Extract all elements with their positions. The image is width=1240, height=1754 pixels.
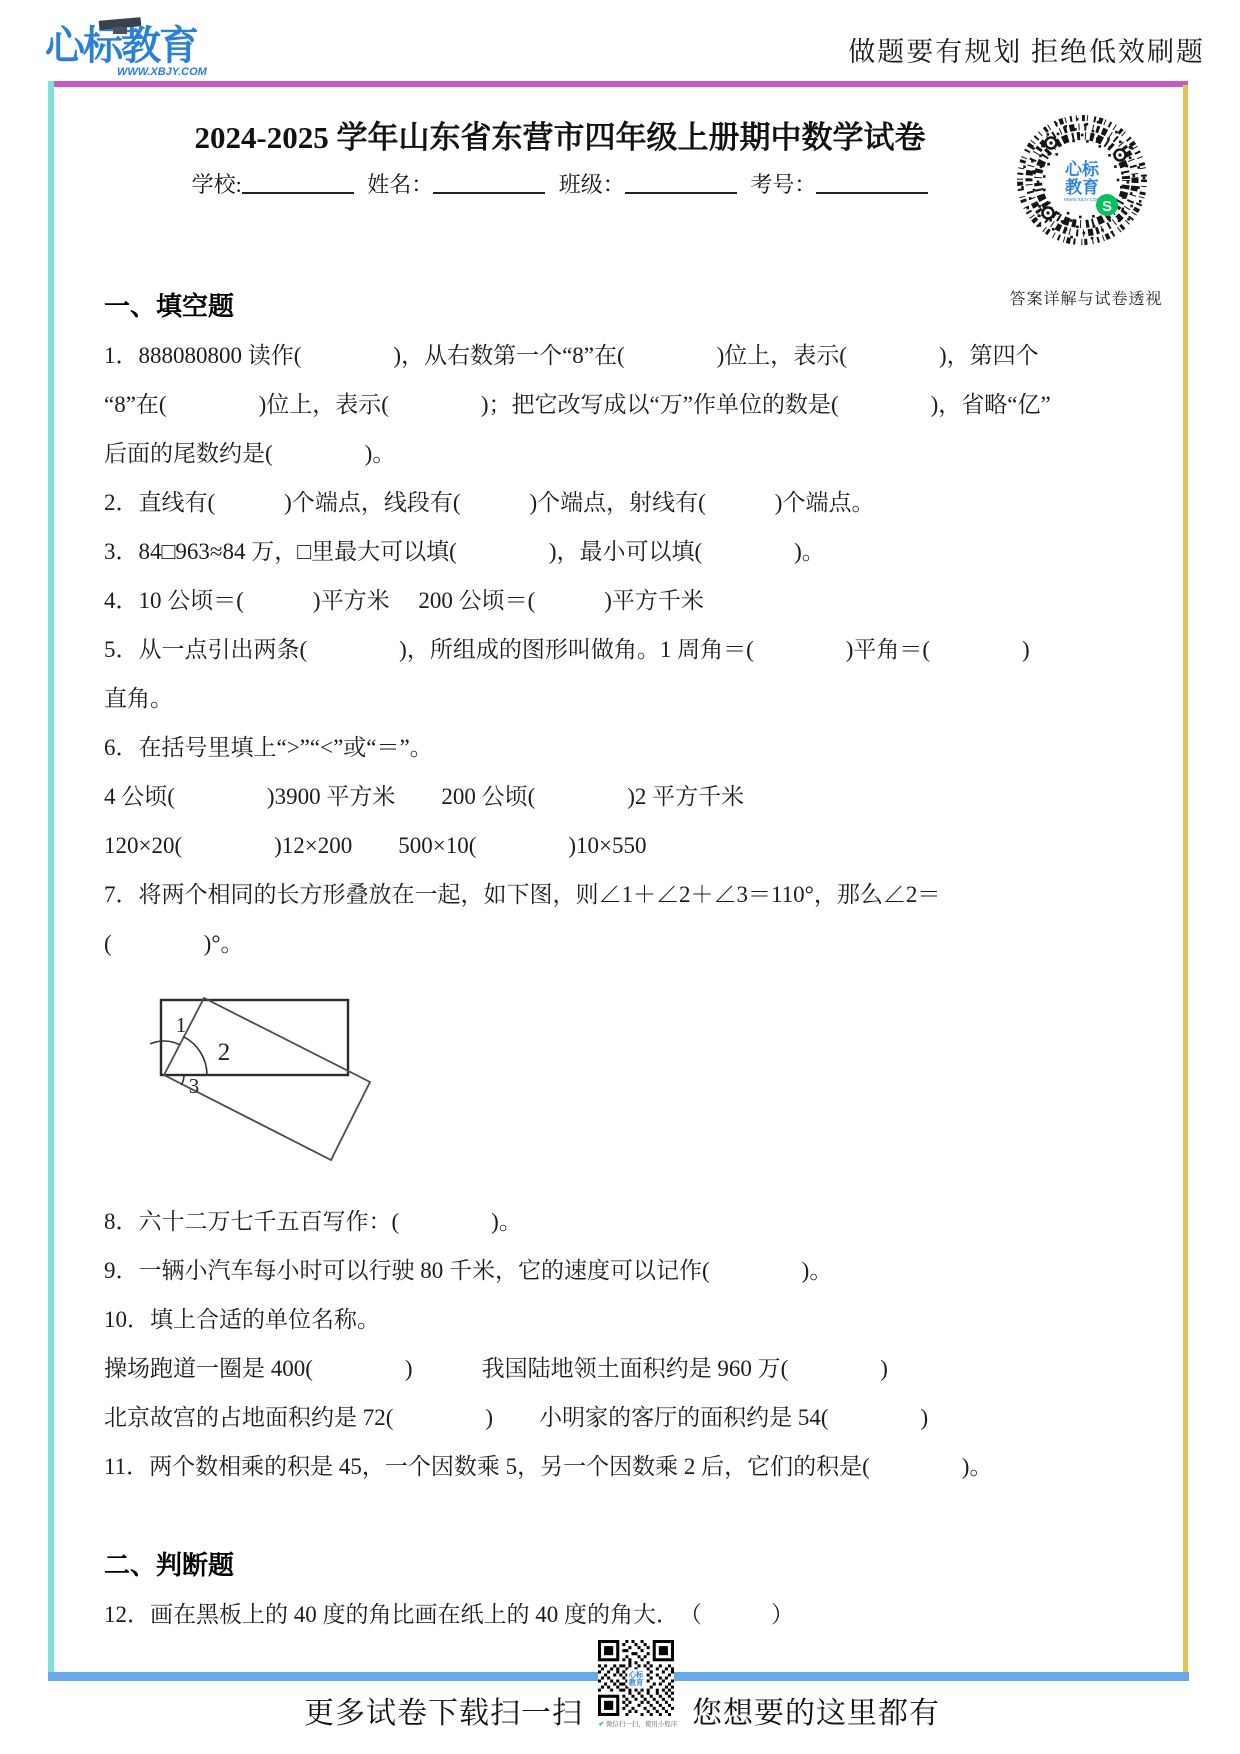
frame-border-top xyxy=(48,81,1188,87)
overlapping-rectangles-diagram: 1 2 3 xyxy=(144,974,524,1179)
student-info-line: 学校: 姓名： 班级： 考号： xyxy=(90,168,1030,199)
question-line: 4．10 公顷＝( )平方米 200 公顷＝( )平方千米 xyxy=(104,576,1164,625)
question7-figure: 1 2 3 xyxy=(144,974,524,1181)
question-line: 12．画在黑板上的 40 度的角比画在纸上的 40 度的角大． （ ） xyxy=(104,1590,1164,1639)
question-line: 10．填上合适的单位名称。 xyxy=(104,1295,1164,1344)
question-line: 120×20( )12×200 500×10( )10×550 xyxy=(104,821,1164,870)
section-heading: 二、判断题 xyxy=(104,1541,1164,1590)
qr-logo-line1: 心标 xyxy=(1065,159,1100,179)
question-line: 8．六十二万七千五百写作：( )。 xyxy=(104,1197,1164,1246)
question-line: 后面的尾数约是( )。 xyxy=(104,429,1164,478)
question-line: 5．从一点引出两条( )，所组成的图形叫做角。1 周角＝( )平角＝( ) xyxy=(104,625,1164,674)
graduation-cap-icon xyxy=(99,16,143,34)
question-line: 操场跑道一圈是 400( ) 我国陆地领土面积约是 960 万( ) xyxy=(104,1344,1164,1393)
footer-qr-note: ✔ 微信扫一扫，使用小程序 xyxy=(590,1719,686,1728)
qr-logo-url: WWW.XBJY.COM xyxy=(1064,197,1100,202)
exam-body: 一、填空题1．888080800 读作( )，从右数第一个“8”在( )位上，表… xyxy=(104,282,1164,1639)
graduation-cap-base xyxy=(113,27,127,34)
brand-logo-url: WWW.XBJY.COM xyxy=(117,66,207,78)
question-line: 3．84□963≈84 万，□里最大可以填( )，最小可以填( )。 xyxy=(104,527,1164,576)
frame-border-left xyxy=(48,81,54,1676)
question-line: 2．直线有( )个端点，线段有( )个端点，射线有( )个端点。 xyxy=(104,478,1164,527)
info-field-blank xyxy=(816,174,928,194)
info-field-label: 考号： xyxy=(750,172,816,197)
footer-qr-logo-line2: 教育 xyxy=(628,1678,644,1687)
info-field-label: 班级： xyxy=(559,172,625,197)
footer-qr-note-text: 微信扫一扫，使用小程序 xyxy=(606,1721,678,1728)
square-qr-icon: 心标 教育 xyxy=(598,1640,674,1716)
sunburst-qr-icon: 心标 教育 WWW.XBJY.COM S xyxy=(1014,112,1150,248)
info-field: 班级： xyxy=(559,172,737,197)
brand-logo: 心标教育 WWW.XBJY.COM xyxy=(45,18,245,80)
qr-logo-line2: 教育 xyxy=(1065,177,1099,197)
info-field-blank xyxy=(242,174,354,194)
wechat-check-icon: ✔ xyxy=(599,1721,604,1728)
answer-qr-code: 心标 教育 WWW.XBJY.COM S xyxy=(1014,112,1150,248)
info-field-blank xyxy=(433,174,545,194)
info-field: 学校: xyxy=(192,172,354,197)
frame-border-right xyxy=(1183,85,1188,1676)
header-slogan: 做题要有规划 拒绝低效刷题 xyxy=(600,30,1205,69)
question-line: ( )°。 xyxy=(104,919,1164,968)
footer-right-text: 您想要的这里都有 xyxy=(692,1688,1012,1732)
angle-label-1: 1 xyxy=(176,1013,187,1037)
angle-label-2: 2 xyxy=(218,1039,231,1066)
question-line: 直角。 xyxy=(104,674,1164,723)
question-line: 6．在括号里填上“>”“<”或“＝”。 xyxy=(104,723,1164,772)
question-line: 9．一辆小汽车每小时可以行驶 80 千米，它的速度可以记作( )。 xyxy=(104,1246,1164,1295)
question-line: 北京故宫的占地面积约是 72( ) 小明家的客厅的面积约是 54( ) xyxy=(104,1393,1164,1442)
svg-text:S: S xyxy=(1102,198,1112,215)
info-field-label: 姓名： xyxy=(367,172,433,197)
footer-left-text: 更多试卷下载扫一扫 xyxy=(280,1688,583,1732)
download-qr-code: 心标 教育 xyxy=(598,1640,674,1716)
info-field-blank xyxy=(625,174,737,194)
info-field: 考号： xyxy=(750,172,928,197)
section-heading: 一、填空题 xyxy=(104,282,1164,331)
exam-title: 2024-2025 学年山东省东营市四年级上册期中数学试卷 xyxy=(90,112,1030,157)
question-line: 11．两个数相乘的积是 45，一个因数乘 5，另一个因数乘 2 后，它们的积是(… xyxy=(104,1442,1164,1491)
angle-label-3: 3 xyxy=(189,1074,200,1098)
question-line: “8”在( )位上，表示( )；把它改写成以“万”作单位的数是( )，省略“亿” xyxy=(104,380,1164,429)
info-field-label: 学校: xyxy=(192,172,242,197)
question-line: 1．888080800 读作( )，从右数第一个“8”在( )位上，表示( )，… xyxy=(104,331,1164,380)
question-line: 4 公顷( )3900 平方米 200 公顷( )2 平方千米 xyxy=(104,772,1164,821)
question-line: 7．将两个相同的长方形叠放在一起，如下图，则∠1＋∠2＋∠3＝110°，那么∠2… xyxy=(104,870,1164,919)
info-field: 姓名： xyxy=(367,172,545,197)
